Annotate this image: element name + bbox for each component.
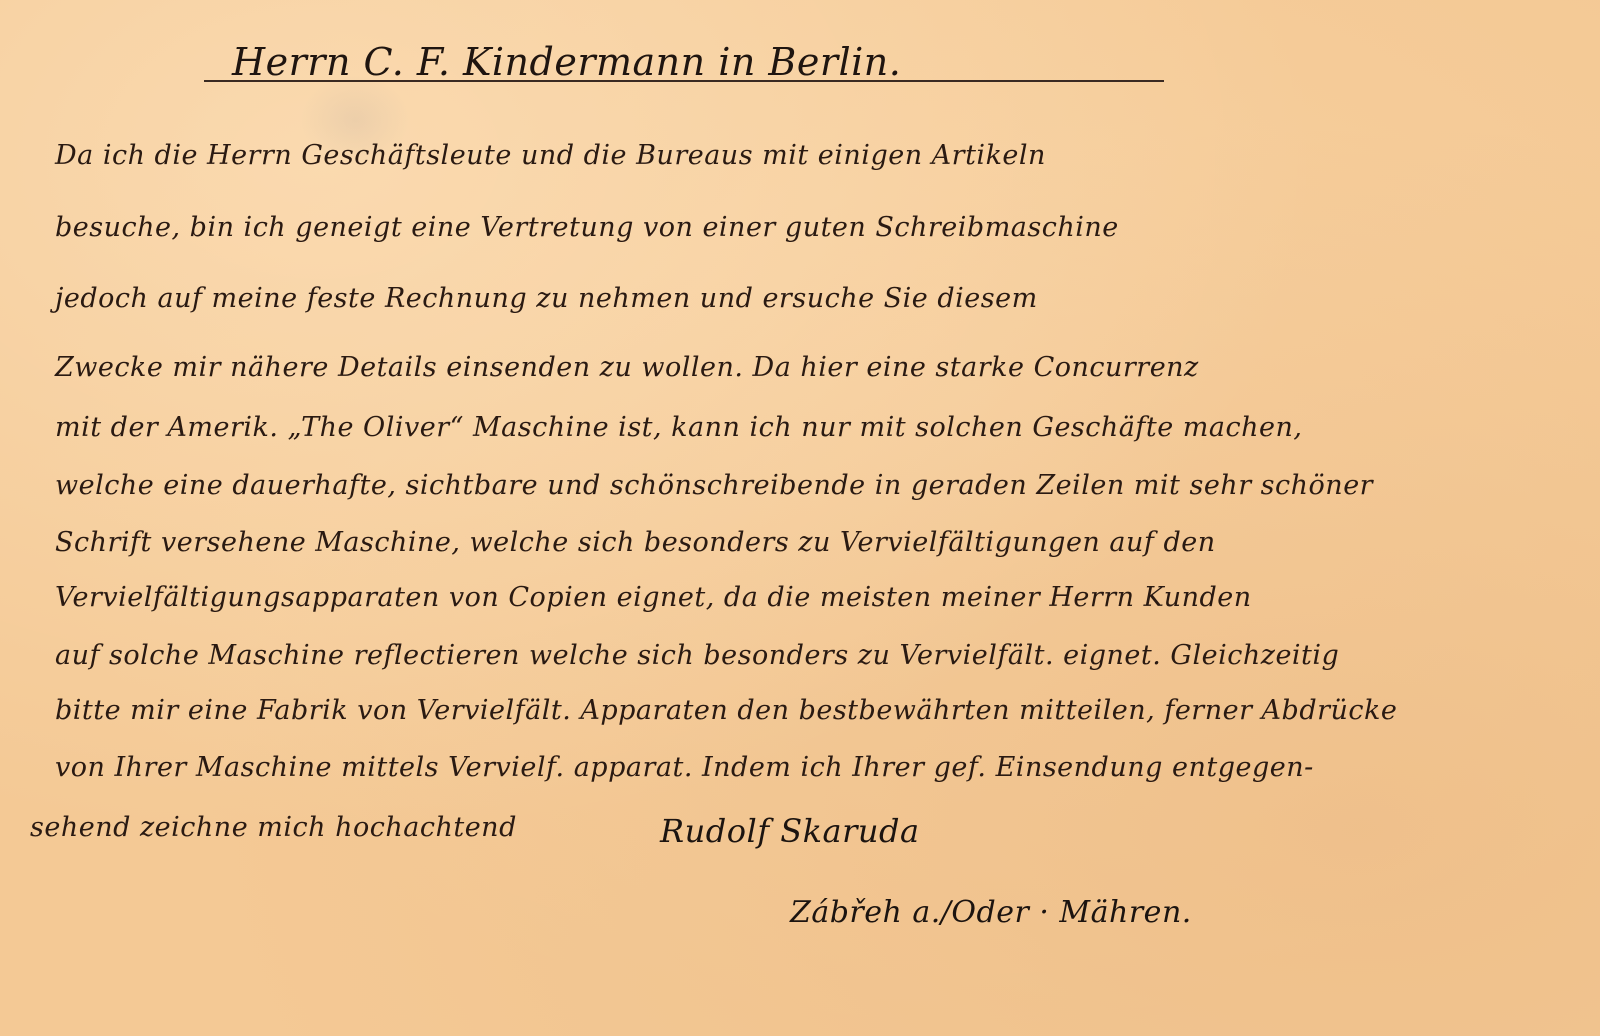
letter-line-4: Zwecke mir nähere Details einsenden zu w… xyxy=(55,352,1199,383)
recipient-address: Herrn C. F. Kindermann in Berlin. xyxy=(232,40,901,84)
letter-line-8: Vervielfältigungsapparaten von Copien ei… xyxy=(55,582,1252,613)
letter-closing: sehend zeichne mich hochachtend xyxy=(30,812,517,843)
signature: Rudolf Skaruda xyxy=(660,812,920,850)
letter-line-5: mit der Amerik. „The Oliver“ Maschine is… xyxy=(55,412,1302,443)
postcard: Herrn C. F. Kindermann in Berlin. Da ich… xyxy=(0,0,1600,1036)
letter-line-9: auf solche Maschine reflectieren welche … xyxy=(55,640,1339,671)
letter-line-6: welche eine dauerhafte, sichtbare und sc… xyxy=(55,470,1373,501)
sender-location: Zábřeh a./Oder · Mähren. xyxy=(790,895,1192,930)
letter-line-2: besuche, bin ich geneigt eine Vertretung… xyxy=(55,212,1119,243)
letter-line-10: bitte mir eine Fabrik von Vervielfält. A… xyxy=(55,695,1397,726)
letter-line-1: Da ich die Herrn Geschäftsleute und die … xyxy=(55,140,1046,171)
letter-line-11: von Ihrer Maschine mittels Vervielf. app… xyxy=(55,752,1314,783)
letter-line-3: jedoch auf meine feste Rechnung zu nehme… xyxy=(55,283,1038,314)
letter-line-7: Schrift versehene Maschine, welche sich … xyxy=(55,527,1216,558)
address-underline xyxy=(204,80,1164,82)
